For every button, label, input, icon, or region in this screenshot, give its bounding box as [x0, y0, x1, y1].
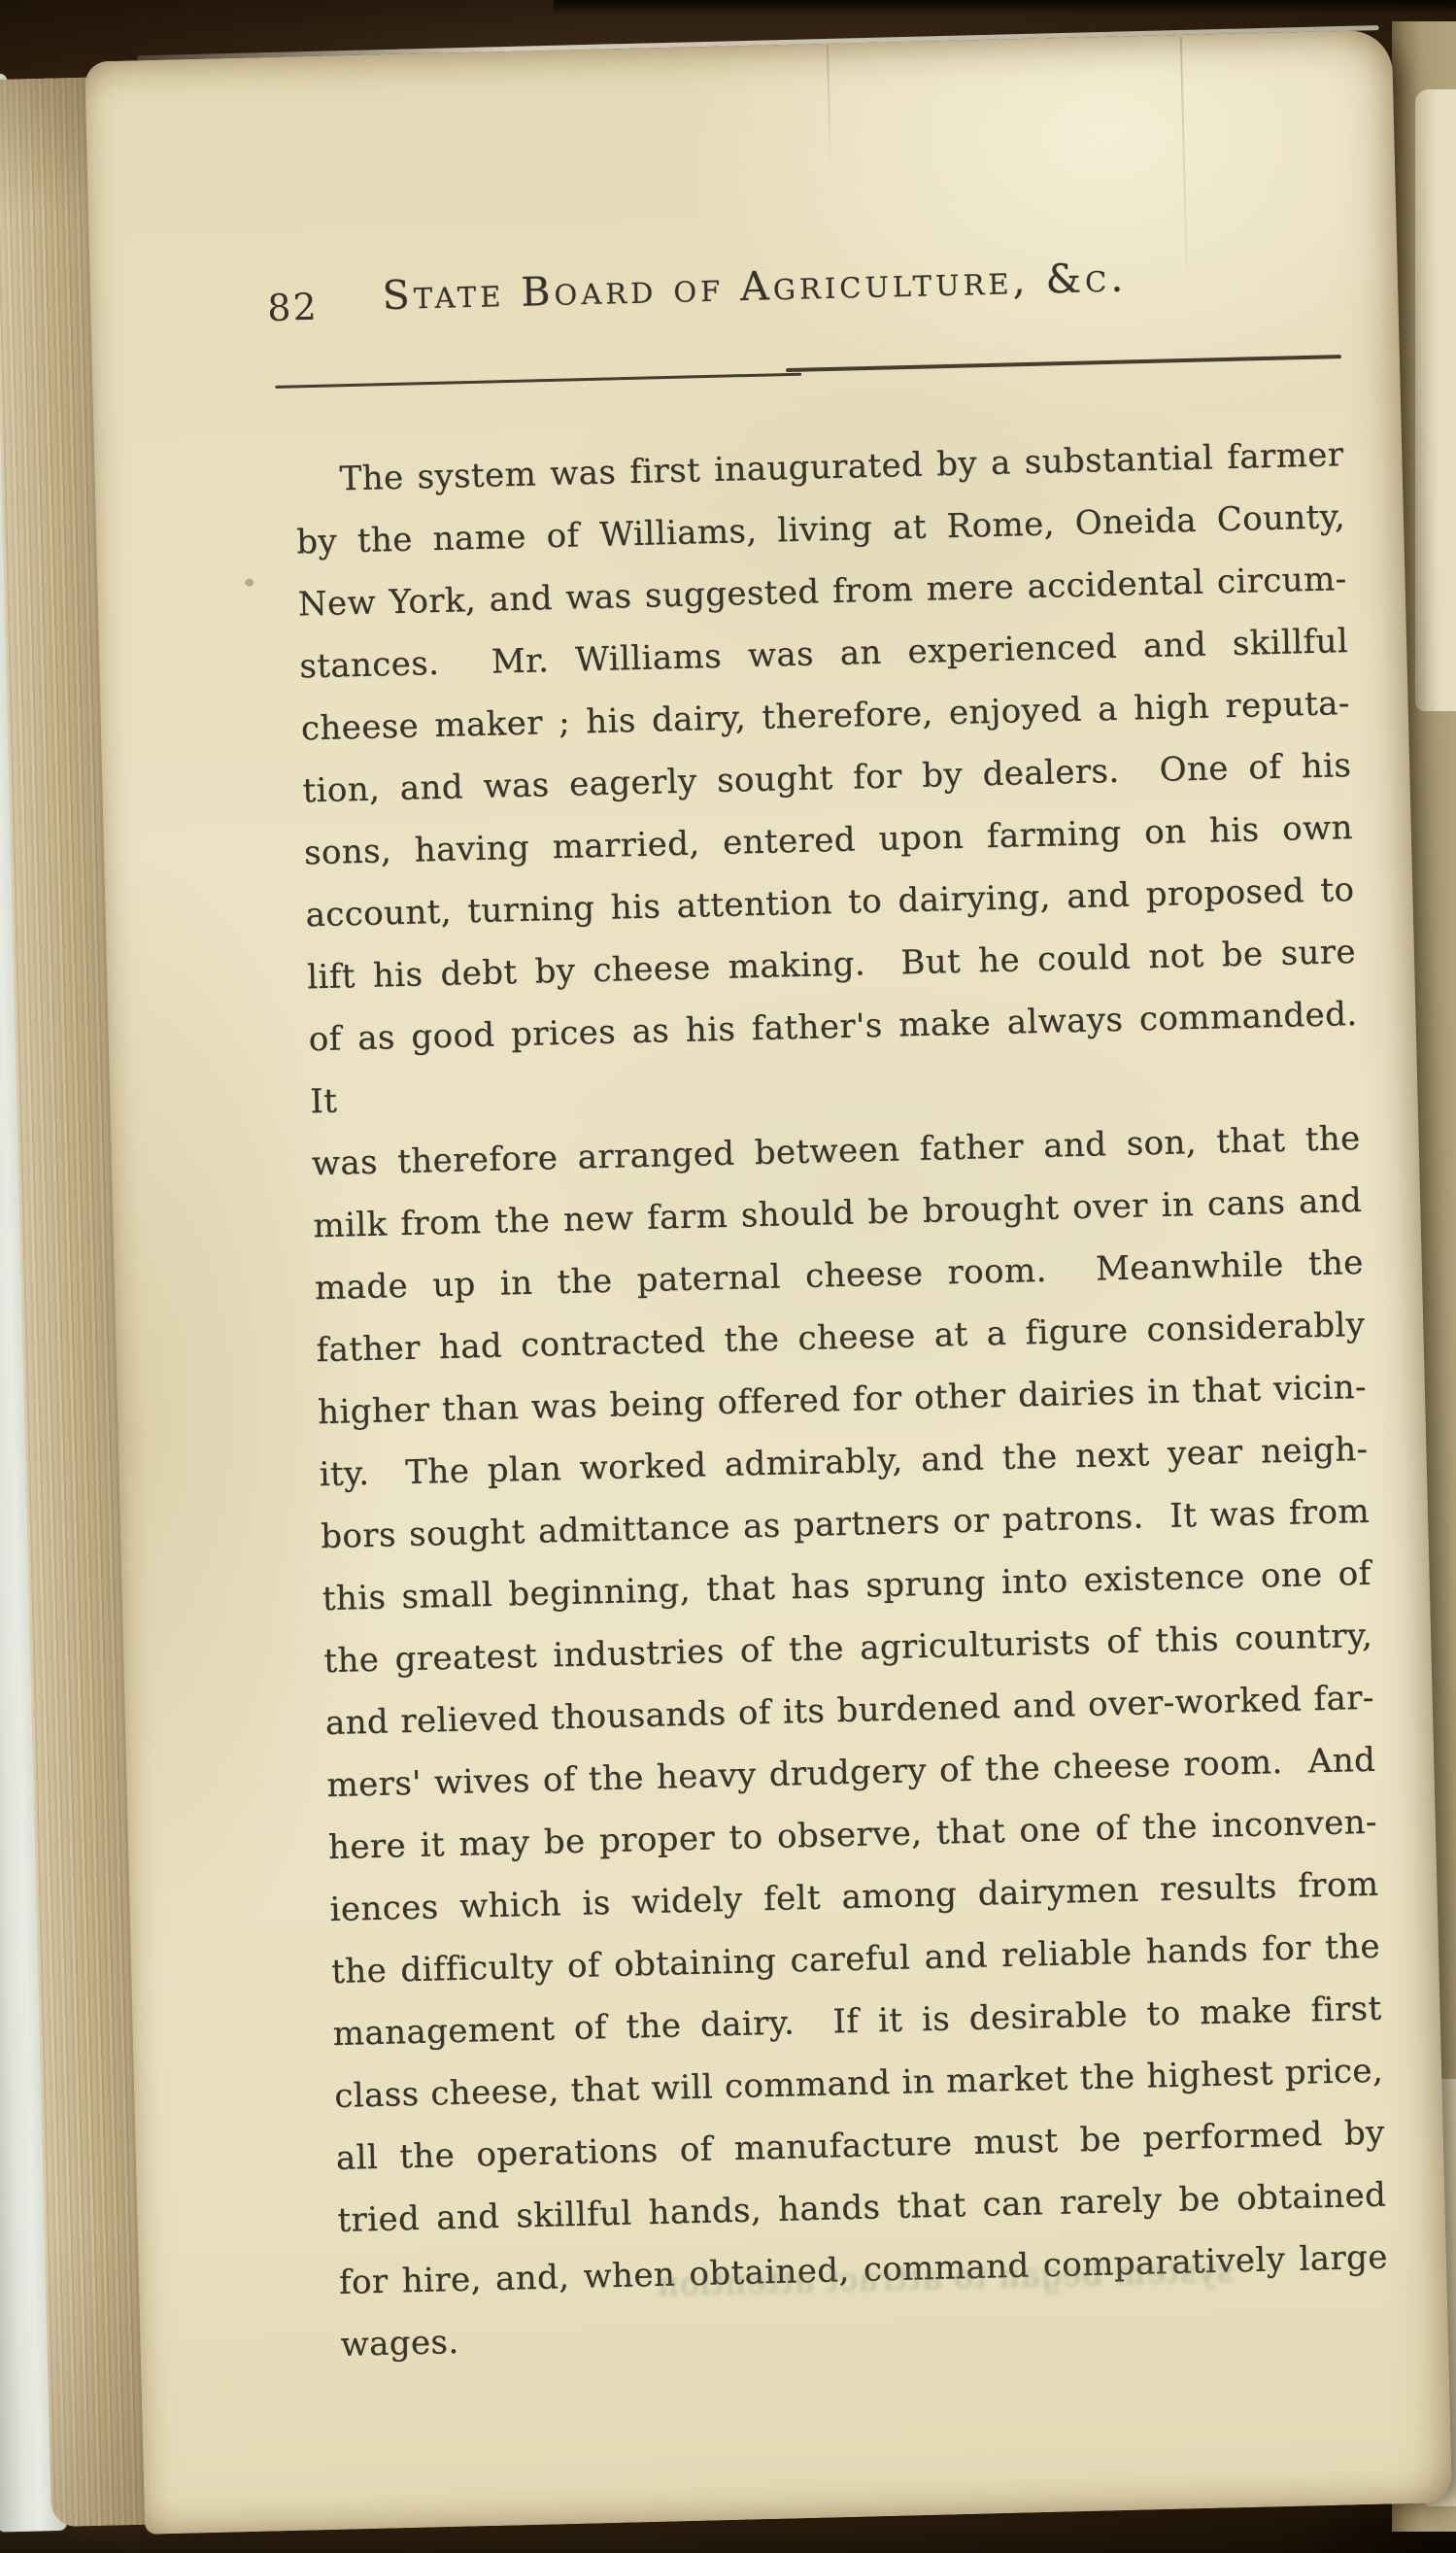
- page-crease: [827, 46, 831, 172]
- header-rule: [786, 355, 1341, 372]
- cover-top-shadow: [554, 0, 1456, 15]
- adjacent-page-edge-top: [1415, 89, 1456, 711]
- book-page: 82 State Board of Agriculture, &c. The s…: [85, 30, 1452, 2535]
- book-scan: 82 State Board of Agriculture, &c. The s…: [0, 0, 1456, 2553]
- ink-speck: [245, 579, 254, 587]
- running-head: State Board of Agriculture, &c.: [230, 251, 1280, 323]
- book-block: 82 State Board of Agriculture, &c. The s…: [0, 30, 1452, 2537]
- header-rule: [275, 373, 801, 389]
- body-paragraph: The system was first inaugurated by a su…: [294, 424, 1390, 2376]
